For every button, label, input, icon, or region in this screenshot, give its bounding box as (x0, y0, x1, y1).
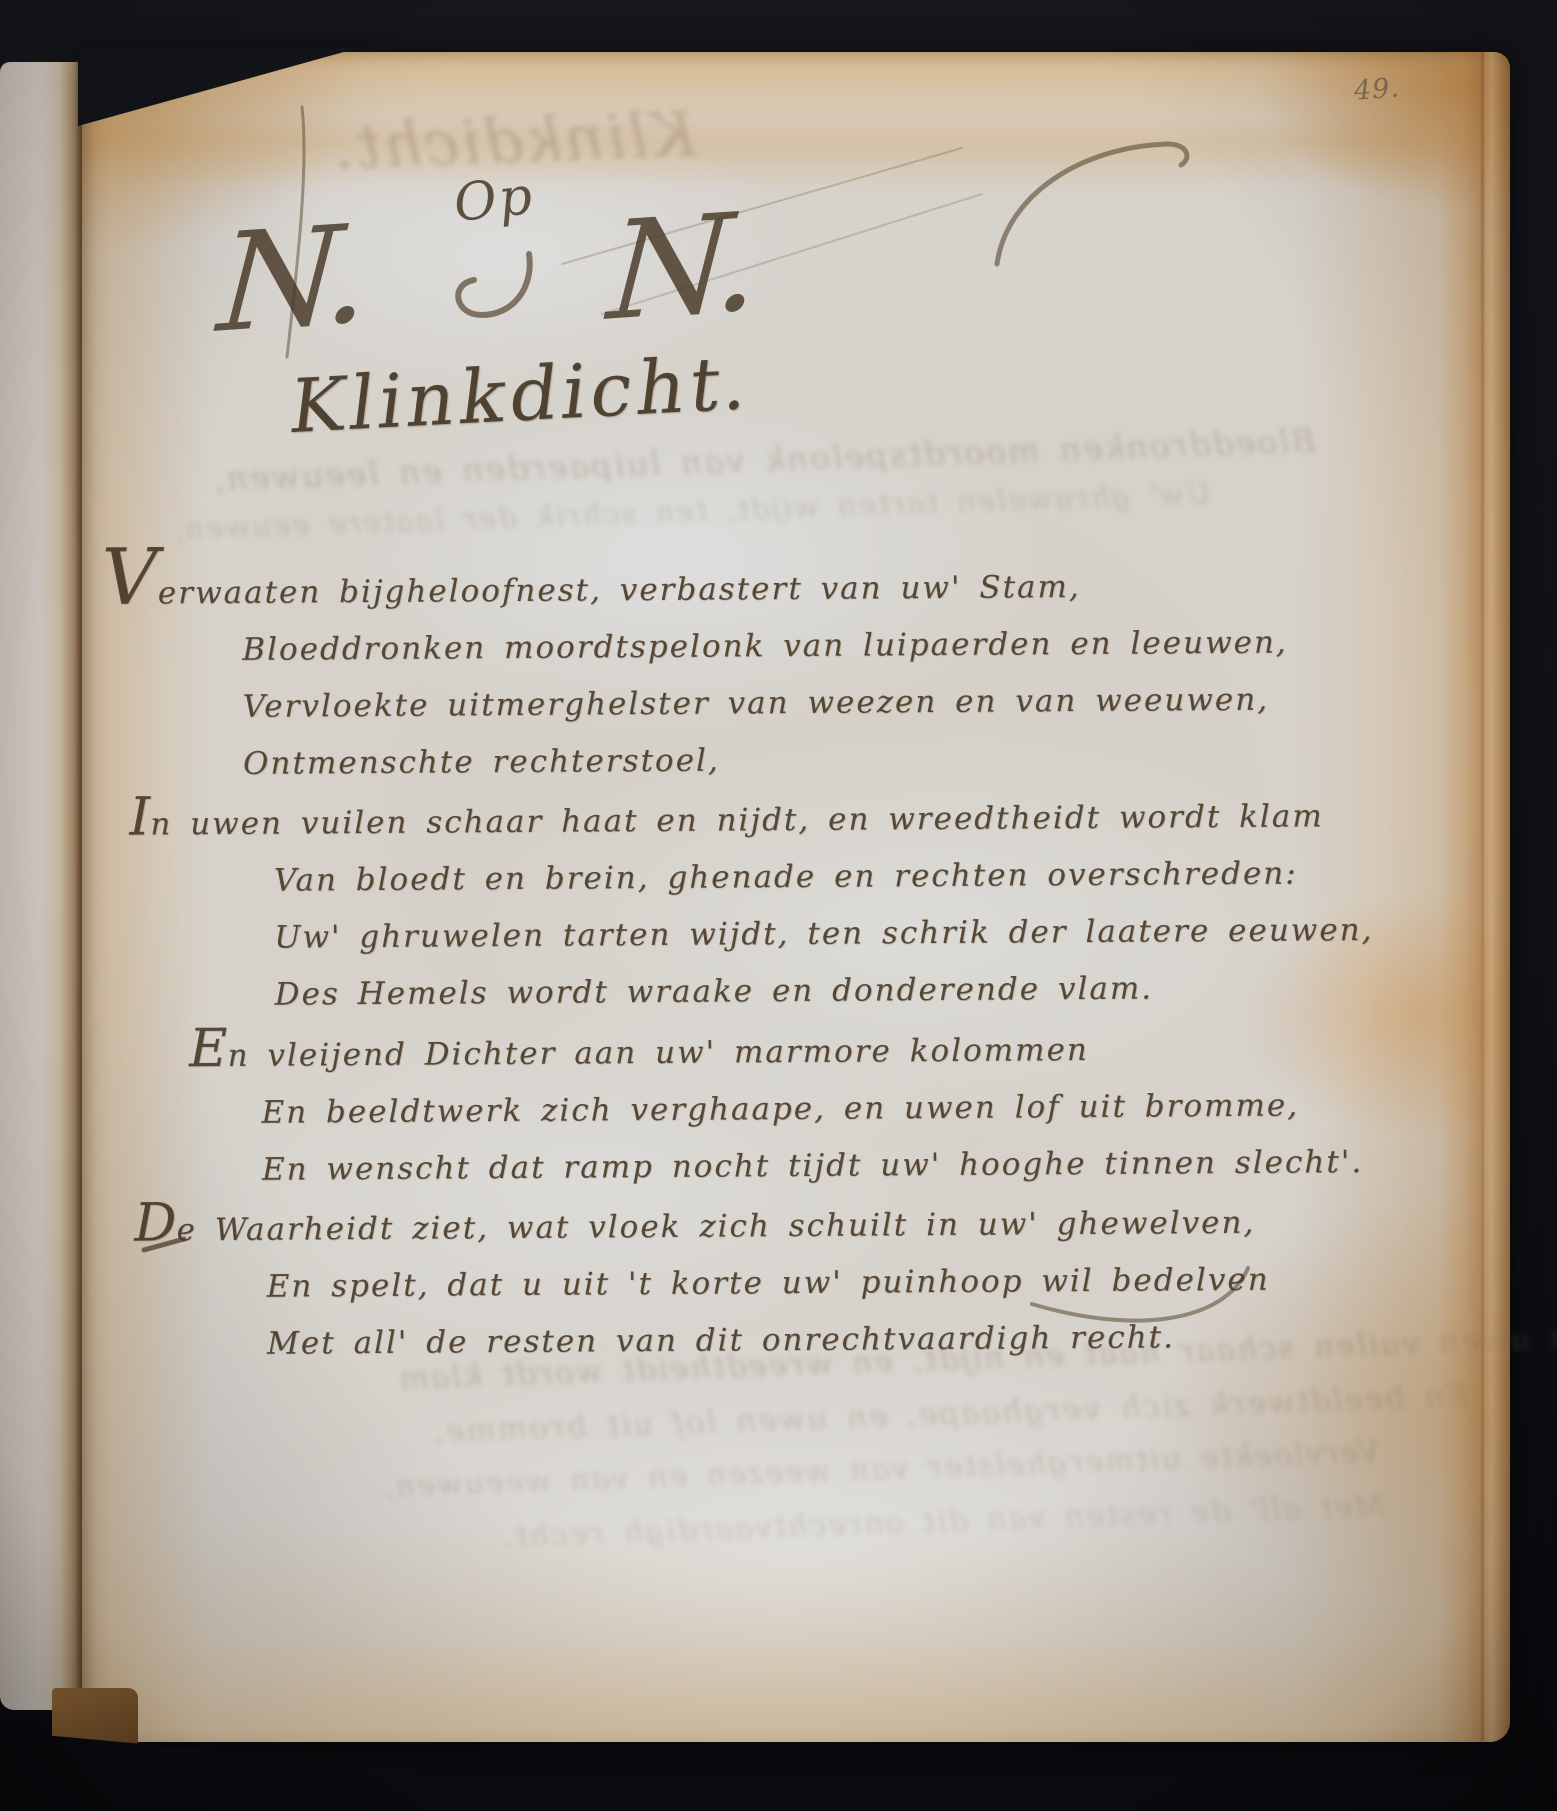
poem-stanza: En vleijend Dichter aan uw' marmore kolo… (83, 1019, 1462, 1200)
poem-body: Verwaaten bijgheloofnest, verbastert van… (76, 47, 1516, 1747)
stacked-page-edges (1438, 52, 1510, 1742)
poem-line: In uwen vuilen schaar haat en nijdt, en … (129, 787, 1459, 853)
poem-line: Des Hemels wordt wraake en donderende vl… (274, 958, 1460, 1023)
poem-stanza: De Waarheidt ziet, wat vloek zich schuil… (84, 1193, 1463, 1374)
poem-line: Bloeddronken moordtspelonk van luipaerde… (242, 613, 1458, 678)
poem-line: Van bloedt en brein, ghenade en rechten … (274, 844, 1460, 909)
poem-line: En wenscht dat ramp nocht tijdt uw' hoog… (262, 1133, 1462, 1198)
poem-line: Uw' ghruwelen tarten wijdt, ten schrik d… (274, 901, 1460, 966)
poem-line: De Waarheidt ziet, wat vloek zich schuil… (134, 1193, 1462, 1259)
poem-stanza: In uwen vuilen schaar haat en nijdt, en … (81, 787, 1461, 1025)
poem-line: En spelt, dat u uit 't korte uw' puinhoo… (267, 1250, 1463, 1315)
photo-background: Klinkdicht. Bloeddronken moordtspelonk v… (0, 0, 1557, 1811)
poem-line: Met all' de resten van dit onrechtvaardi… (267, 1307, 1463, 1372)
poem-line: En vleijend Dichter aan uw' marmore kolo… (189, 1019, 1461, 1085)
poem-line: En beeldtwerk zich verghaape, en uwen lo… (261, 1076, 1461, 1141)
poem-line: Verwaaten bijgheloofnest, verbastert van… (102, 547, 1458, 622)
page-edge-fold-line (1481, 52, 1484, 1742)
poem-line: Ontmenschte rechterstoel, (243, 727, 1459, 792)
poem-stanza: Verwaaten bijgheloofnest, verbastert van… (80, 547, 1460, 794)
poem-line: Vervloekte uitmerghelster van weezen en … (242, 670, 1458, 735)
manuscript-page: Klinkdicht. Bloeddronken moordtspelonk v… (82, 52, 1510, 1742)
